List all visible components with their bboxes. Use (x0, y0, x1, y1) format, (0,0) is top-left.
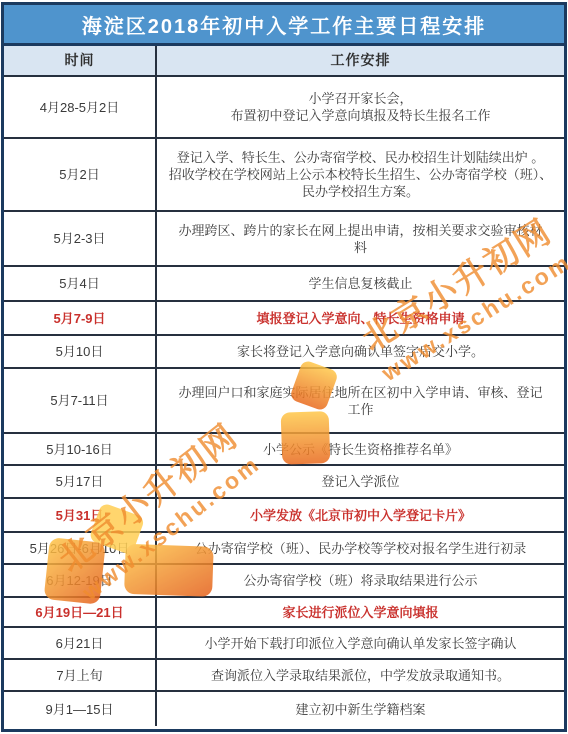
table-row: 5月10-16日小学公示《特长生资格推荐名单》 (4, 434, 564, 466)
work-cell: 小学召开家长会， 布置初中登记入学意向填报及特长生报名工作 (157, 77, 564, 137)
table-row: 5月17日登记入学派位 (4, 466, 564, 499)
work-cell: 建立初中新生学籍档案 (157, 692, 564, 726)
time-cell: 5月31日 (4, 499, 157, 531)
work-cell: 查询派位入学录取结果派位，中学发放录取通知书。 (157, 660, 564, 690)
table-row: 5月7-9日填报登记入学意向、特长生资格申请 (4, 302, 564, 336)
time-cell: 5月4日 (4, 267, 157, 300)
table-header-row: 时间 工作安排 (4, 46, 564, 77)
table-row: 5月7-11日办理回户口和家庭实际居住地所在区初中入学申请、审核、登记 工作 (4, 369, 564, 434)
time-cell: 6月21日 (4, 628, 157, 658)
work-cell: 家长将登记入学意向确认单签字后交小学。 (157, 336, 564, 367)
work-cell: 填报登记入学意向、特长生资格申请 (157, 302, 564, 334)
column-header-time: 时间 (4, 46, 157, 75)
work-cell: 登记入学派位 (157, 466, 564, 497)
schedule-table: 时间 工作安排 4月28-5月2日小学召开家长会， 布置初中登记入学意向填报及特… (4, 46, 564, 726)
time-cell: 5月10-16日 (4, 434, 157, 464)
table-row: 5月31日小学发放《北京市初中入学登记卡片》 (4, 499, 564, 533)
work-cell: 办理跨区、跨片的家长在网上提出申请，按相关要求交验审核材 料 (157, 212, 564, 265)
time-cell: 4月28-5月2日 (4, 77, 157, 137)
table-body: 4月28-5月2日小学召开家长会， 布置初中登记入学意向填报及特长生报名工作5月… (4, 77, 564, 726)
schedule-table-frame: 海淀区2018年初中入学工作主要日程安排 时间 工作安排 4月28-5月2日小学… (1, 2, 567, 732)
work-cell: 小学开始下载打印派位入学意向确认单发家长签字确认 (157, 628, 564, 658)
work-cell: 登记入学、特长生、公办寄宿学校、民办校招生计划陆续出炉 。 招收学校在学校网站上… (157, 139, 564, 210)
work-cell: 办理回户口和家庭实际居住地所在区初中入学申请、审核、登记 工作 (157, 369, 564, 432)
table-row: 5月2-3日办理跨区、跨片的家长在网上提出申请，按相关要求交验审核材 料 (4, 212, 564, 267)
time-cell: 5月26日-6月10日 (4, 533, 157, 563)
table-row: 6月21日小学开始下载打印派位入学意向确认单发家长签字确认 (4, 628, 564, 660)
work-cell: 公办寄宿学校（班）将录取结果进行公示 (157, 565, 564, 596)
time-cell: 5月10日 (4, 336, 157, 367)
schedule-page: 海淀区2018年初中入学工作主要日程安排 时间 工作安排 4月28-5月2日小学… (0, 0, 568, 734)
table-row: 4月28-5月2日小学召开家长会， 布置初中登记入学意向填报及特长生报名工作 (4, 77, 564, 139)
work-cell: 公办寄宿学校（班）、民办学校等学校对报名学生进行初录 (157, 533, 564, 563)
table-row: 5月26日-6月10日公办寄宿学校（班）、民办学校等学校对报名学生进行初录 (4, 533, 564, 565)
time-cell: 7月上旬 (4, 660, 157, 690)
work-cell: 小学发放《北京市初中入学登记卡片》 (157, 499, 564, 531)
table-row: 7月上旬查询派位入学录取结果派位，中学发放录取通知书。 (4, 660, 564, 692)
time-cell: 6月19日—21日 (4, 598, 157, 626)
table-row: 9月1—15日建立初中新生学籍档案 (4, 692, 564, 726)
table-row: 5月10日家长将登记入学意向确认单签字后交小学。 (4, 336, 564, 369)
work-cell: 小学公示《特长生资格推荐名单》 (157, 434, 564, 464)
time-cell: 5月7-11日 (4, 369, 157, 432)
time-cell: 5月7-9日 (4, 302, 157, 334)
table-row: 5月2日登记入学、特长生、公办寄宿学校、民办校招生计划陆续出炉 。 招收学校在学… (4, 139, 564, 212)
time-cell: 6月12-19日 (4, 565, 157, 596)
work-cell: 学生信息复核截止 (157, 267, 564, 300)
time-cell: 9月1—15日 (4, 692, 157, 726)
work-cell: 家长进行派位入学意向填报 (157, 598, 564, 626)
time-cell: 5月17日 (4, 466, 157, 497)
table-row: 6月19日—21日家长进行派位入学意向填报 (4, 598, 564, 628)
time-cell: 5月2日 (4, 139, 157, 210)
time-cell: 5月2-3日 (4, 212, 157, 265)
table-row: 5月4日学生信息复核截止 (4, 267, 564, 302)
table-row: 6月12-19日公办寄宿学校（班）将录取结果进行公示 (4, 565, 564, 598)
page-title: 海淀区2018年初中入学工作主要日程安排 (4, 5, 564, 46)
column-header-work: 工作安排 (157, 46, 564, 75)
